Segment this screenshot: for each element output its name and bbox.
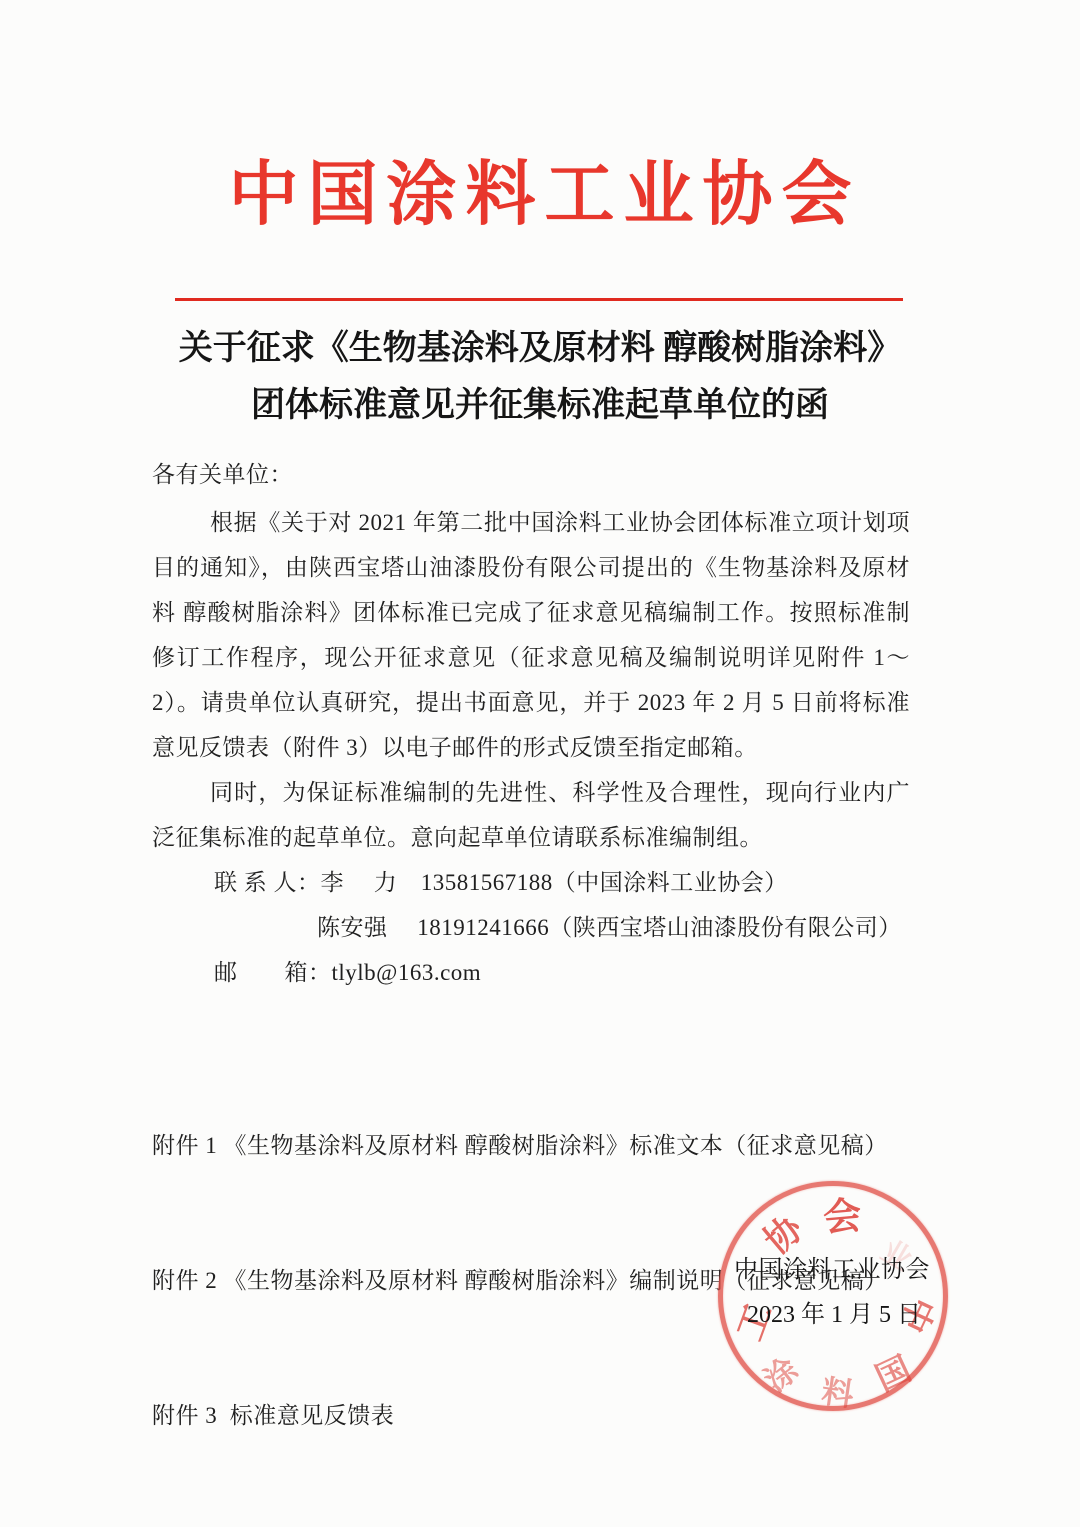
seal-ring-char: 会 xyxy=(821,1184,864,1242)
body-paragraph-2: 同时，为保证标准编制的先进性、科学性及合理性，现向行业内广泛征集标准的起草单位。… xyxy=(152,770,910,860)
attachment-item-1: 附件 1 《生物基涂料及原材料 醇酸树脂涂料》标准文本（征求意见稿） xyxy=(152,1123,910,1168)
signature-org-name: 中国涂料工业协会 xyxy=(734,1249,930,1284)
red-divider-line xyxy=(175,298,903,301)
seal-ring-char: 料 xyxy=(819,1366,857,1416)
letter-page: 中国涂料工业协会 关于征求《生物基涂料及原材料 醇酸树脂涂料》 团体标准意见并征… xyxy=(0,0,1080,1527)
document-title-line1: 关于征求《生物基涂料及原材料 醇酸树脂涂料》 xyxy=(0,320,1080,377)
body-paragraph-1: 根据《关于对 2021 年第二批中国涂料工业协会团体标准立项计划项目的通知》，由… xyxy=(152,500,910,770)
signature-date: 2023 年 1 月 5 日 xyxy=(747,1294,921,1329)
document-title: 关于征求《生物基涂料及原材料 醇酸树脂涂料》 团体标准意见并征集标准起草单位的函 xyxy=(0,320,1080,434)
letterhead-org-title: 中国涂料工业协会 xyxy=(0,146,1080,246)
document-title-line2: 团体标准意见并征集标准起草单位的函 xyxy=(0,377,1080,434)
salutation: 各有关单位： xyxy=(152,452,910,497)
contact-person-line-2: 陈安强 18191241666（陕西宝塔山油漆股份有限公司） xyxy=(152,905,910,950)
contact-email-line: 邮 箱：tlylb@163.com xyxy=(152,950,910,995)
contact-person-line: 联 系 人：李 力 13581567188（中国涂料工业协会） xyxy=(152,860,910,905)
